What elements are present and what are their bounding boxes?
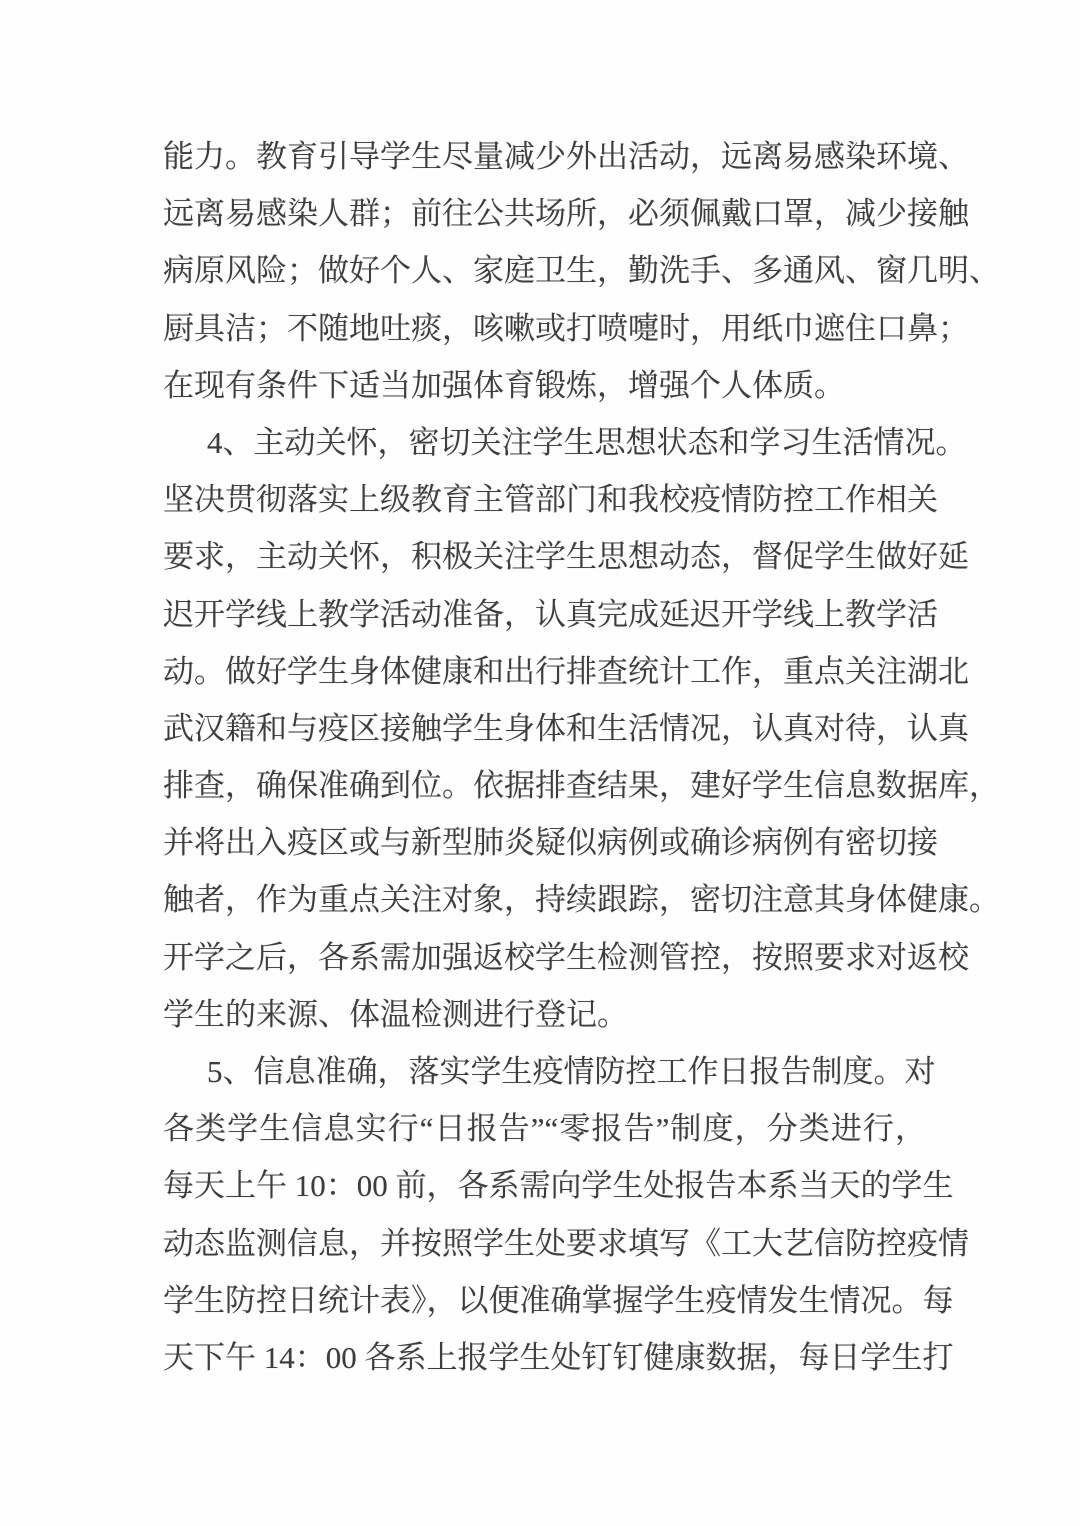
- text-line: 触者，作为重点关注对象，持续跟踪，密切注意其身体健康。: [163, 871, 926, 928]
- text-line: 动态监测信息，并按照学生处要求填写《工大艺信防控疫情: [163, 1215, 926, 1272]
- text-line: 要求，主动关怀，积极关注学生思想动态，督促学生做好延: [163, 528, 926, 585]
- text-line: 坚决贯彻落实上级教育主管部门和我校疫情防控工作相关: [163, 471, 926, 528]
- document-page: 能力。教育引导学生尽量减少外出活动，远离易感染环境、 远离易感染人群；前往公共场…: [0, 0, 1080, 1526]
- text-line: 能力。教育引导学生尽量减少外出活动，远离易感染环境、: [163, 128, 926, 185]
- text-line: 每天上午 10：00 前，各系需向学生处报告本系当天的学生: [163, 1157, 926, 1214]
- text-line: 厨具洁；不随地吐痰，咳嗽或打喷嚏时，用纸巾遮住口鼻；: [163, 300, 926, 357]
- text-line-paragraph-end: 学生的来源、体温检测进行登记。: [163, 986, 926, 1043]
- text-line: 迟开学线上教学活动准备，认真完成延迟开学线上教学活: [163, 586, 926, 643]
- document-body-text: 能力。教育引导学生尽量减少外出活动，远离易感染环境、 远离易感染人群；前往公共场…: [163, 128, 926, 1386]
- text-line: 并将出入疫区或与新型肺炎疑似病例或确诊病例有密切接: [163, 814, 926, 871]
- text-line-section-4-heading: 4、主动关怀，密切关注学生思想状态和学习生活情况。: [163, 414, 926, 471]
- text-line: 开学之后，各系需加强返校学生检测管控，按照要求对返校: [163, 929, 926, 986]
- text-line: 排查，确保准确到位。依据排查结果，建好学生信息数据库，: [163, 757, 926, 814]
- text-line: 各类学生信息实行“日报告”“零报告”制度，分类进行，: [163, 1100, 926, 1157]
- text-line: 病原风险；做好个人、家庭卫生，勤洗手、多通风、窗几明、: [163, 242, 926, 299]
- text-line: 动。做好学生身体健康和出行排查统计工作，重点关注湖北: [163, 643, 926, 700]
- text-line: 学生防控日统计表》，以便准确掌握学生疫情发生情况。每: [163, 1272, 926, 1329]
- text-line-paragraph-end: 在现有条件下适当加强体育锻炼，增强个人体质。: [163, 357, 926, 414]
- text-line: 武汉籍和与疫区接触学生身体和生活情况，认真对待，认真: [163, 700, 926, 757]
- text-line: 天下午 14：00 各系上报学生处钉钉健康数据，每日学生打: [163, 1329, 926, 1386]
- text-line-section-5-heading: 5、信息准确，落实学生疫情防控工作日报告制度。对: [163, 1043, 926, 1100]
- text-line: 远离易感染人群；前往公共场所，必须佩戴口罩，减少接触: [163, 185, 926, 242]
